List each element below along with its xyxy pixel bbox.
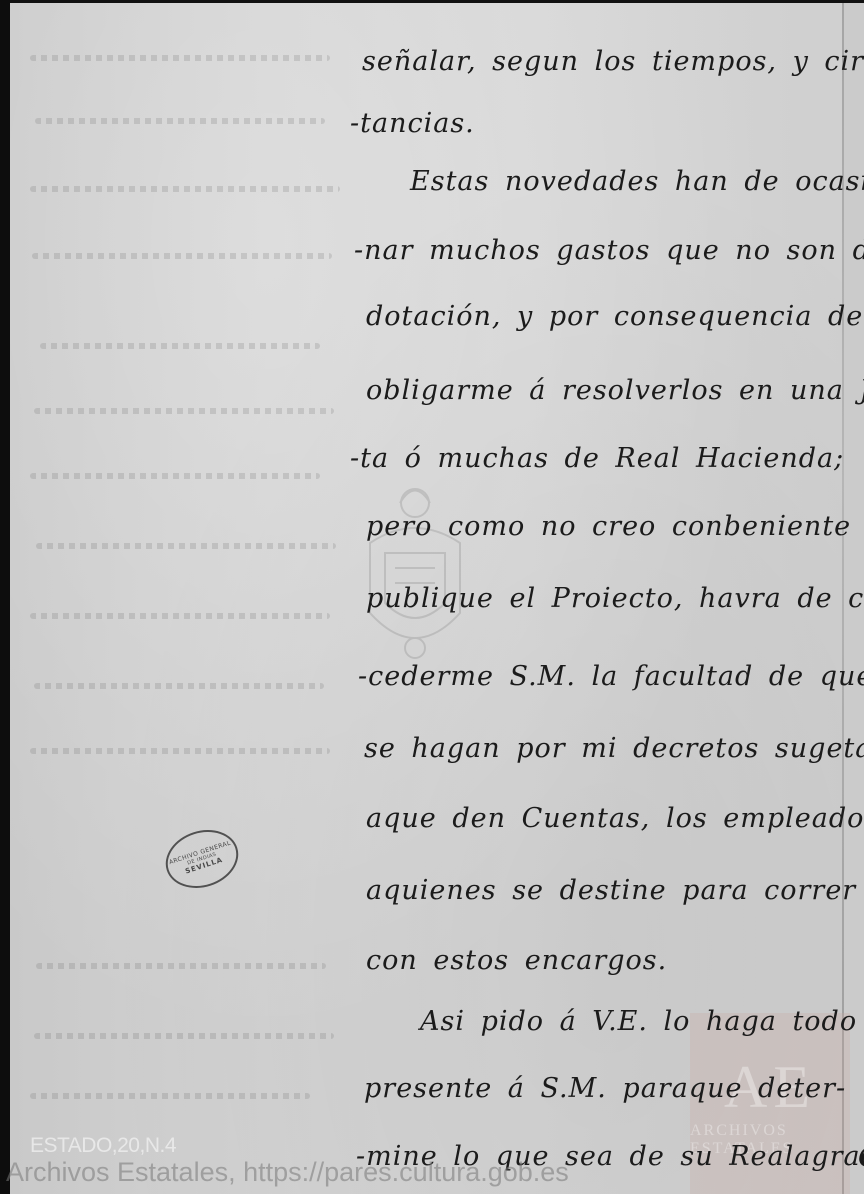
bleed-through-line: [30, 613, 330, 619]
bleed-through-line: [34, 408, 334, 414]
bleed-through-line: [30, 55, 330, 61]
manuscript-line: pero como no creo conbeniente se: [366, 511, 864, 542]
bleed-through-line: [32, 253, 332, 259]
bleed-through-line: [34, 1033, 334, 1039]
bleed-through-line: [30, 1093, 310, 1099]
manuscript-line: -ta ó muchas de Real Hacienda;: [350, 443, 844, 474]
document-reference-watermark: ESTADO,20,N.4: [30, 1134, 176, 1158]
manuscript-line: aque den Cuentas, los empleados: [366, 803, 864, 834]
bleed-through-line: [36, 963, 326, 969]
source-url-watermark: Archivos Estatales, https://pares.cultur…: [6, 1157, 569, 1188]
bleed-through-line: [40, 343, 320, 349]
manuscript-line: aquienes se destine para correr: [366, 875, 856, 906]
manuscript-line: Asi pido á V.E. lo haga todo: [420, 1006, 857, 1037]
bleed-through-line: [34, 683, 324, 689]
bleed-through-line: [30, 473, 320, 479]
manuscript-line: dotación, y por consequencia deirán: [366, 301, 864, 332]
manuscript-line: presente á S.M. paraque deter-: [364, 1073, 846, 1104]
scan-left-border: [0, 0, 10, 1194]
archive-seal-stamp: ARCHIVO GENERAL DE INDIAS SEVILLA: [158, 821, 246, 897]
manuscript-line: -nar muchos gastos que no son de: [354, 235, 864, 266]
manuscript-line: -tancias.: [350, 108, 475, 139]
manuscript-line: -cederme S.M. la facultad de que: [358, 661, 864, 692]
manuscript-line: con estos encargos.: [366, 945, 667, 976]
manuscript-line: señalar, segun los tiempos, y circun-: [362, 46, 864, 77]
bleed-through-line: [35, 118, 325, 124]
manuscript-line: se hagan por mi decretos sugetas: [364, 733, 864, 764]
bleed-through-line: [30, 186, 340, 192]
manuscript-line: obligarme á resolverlos en una Jun-: [366, 375, 864, 406]
bleed-through-line: [30, 748, 330, 754]
edge-fragment-text: C: [858, 1143, 864, 1173]
manuscript-page: ARCHIVO GENERAL DE INDIAS SEVILLA AE ARC…: [10, 3, 864, 1194]
manuscript-line: Estas novedades han de ocasio-: [410, 166, 864, 197]
manuscript-line: publique el Proiecto, havra de con-: [366, 583, 864, 614]
bleed-through-line: [36, 543, 336, 549]
paper-crest-watermark-icon: [350, 473, 480, 673]
